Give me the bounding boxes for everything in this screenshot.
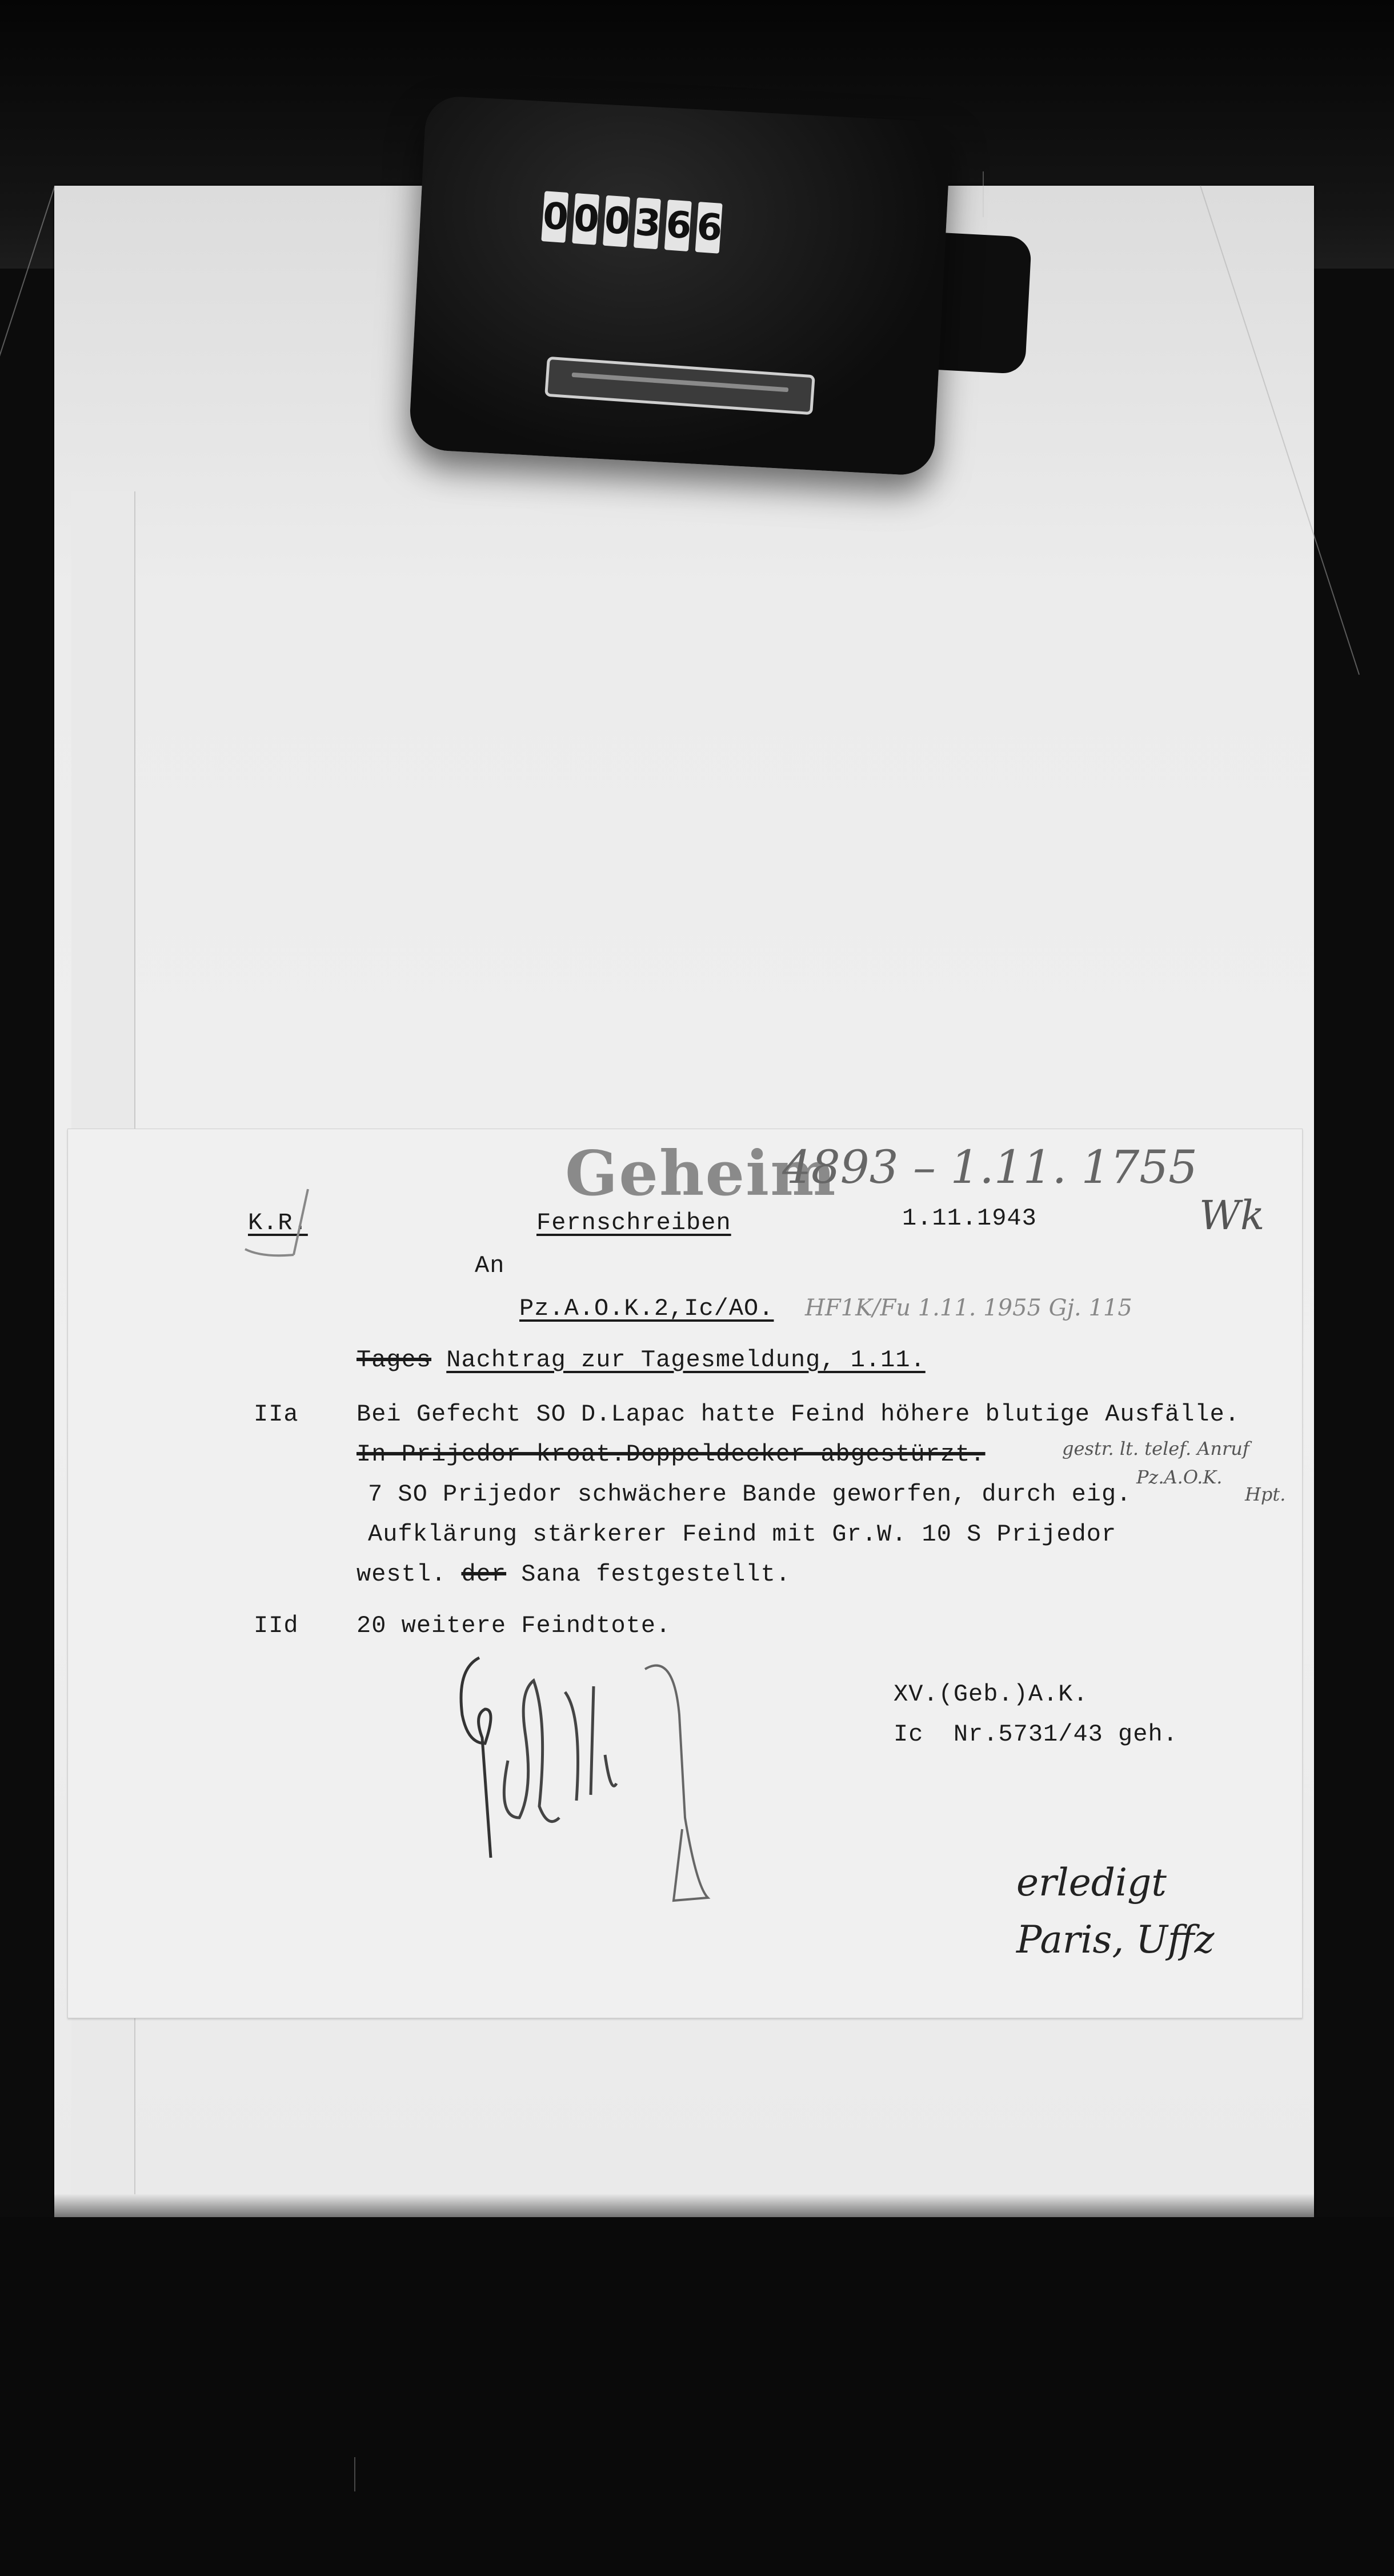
counter-digit: 6 xyxy=(664,199,692,251)
report-line: westl. xyxy=(356,1561,446,1588)
doc-type-heading: Fernschreiben xyxy=(536,1209,731,1237)
handwritten-initials: Wk xyxy=(1199,1192,1264,1239)
counter-digit: 0 xyxy=(603,195,630,247)
section-label-iid: IId xyxy=(254,1612,299,1639)
report-line: Bei Gefecht SO D.Lapac hatte Feind höher… xyxy=(356,1401,1240,1428)
signature xyxy=(434,1646,731,1932)
frame-counter-device xyxy=(408,95,951,476)
subject-line: Nachtrag zur Tagesmeldung, 1.11. xyxy=(446,1346,926,1374)
margin-note: gestr. lt. telef. Anruf xyxy=(1062,1438,1249,1459)
microfilm-bottom-border xyxy=(0,2217,1394,2576)
counter-digit: 0 xyxy=(541,191,568,243)
counter-digit: 6 xyxy=(695,202,723,254)
margin-note: Pz.A.O.K. xyxy=(1136,1466,1222,1488)
counter-digit: 3 xyxy=(634,198,661,250)
report-line: Aufklärung stärkerer Feind mit Gr.W. 10 … xyxy=(368,1521,1116,1548)
receipt-note: HF1K/Fu 1.11. 1955 Gj. 115 xyxy=(805,1295,1132,1321)
checkmark-stroke xyxy=(239,1186,319,1261)
teletype-document: Geheim 4893 – 1.11. 1755 Wk K.R. Fernsch… xyxy=(67,1129,1303,2018)
report-line: 7 SO Prijedor schwächere Bande geworfen,… xyxy=(368,1481,1131,1508)
struck-word: der xyxy=(461,1561,506,1588)
message-date: 1.11.1943 xyxy=(902,1205,1037,1232)
counter-digit: 0 xyxy=(572,193,599,245)
margin-note: Hpt. xyxy=(1245,1483,1285,1505)
sender-reference: Ic Nr.5731/43 geh. xyxy=(894,1721,1178,1748)
report-line-struck: In Prijedor kroat.Doppeldecker abgestürz… xyxy=(356,1441,986,1468)
disposition-note: Paris, Uffz xyxy=(1016,1918,1214,1962)
report-line: 20 weitere Feindtote. xyxy=(356,1612,671,1639)
film-scratch xyxy=(354,2457,355,2491)
handwritten-reference-number: 4893 – 1.11. 1755 xyxy=(782,1141,1197,1194)
film-scratch xyxy=(983,171,984,217)
report-line: Sana festgestellt. xyxy=(521,1561,791,1588)
disposition-note: erledigt xyxy=(1016,1861,1167,1905)
an-label: An xyxy=(475,1252,504,1279)
struck-word: Tages xyxy=(356,1346,431,1374)
recipient: Pz.A.O.K.2,Ic/AO. xyxy=(519,1295,774,1322)
section-label-iia: IIa xyxy=(254,1401,299,1428)
sender-unit: XV.(Geb.)A.K. xyxy=(894,1681,1088,1708)
